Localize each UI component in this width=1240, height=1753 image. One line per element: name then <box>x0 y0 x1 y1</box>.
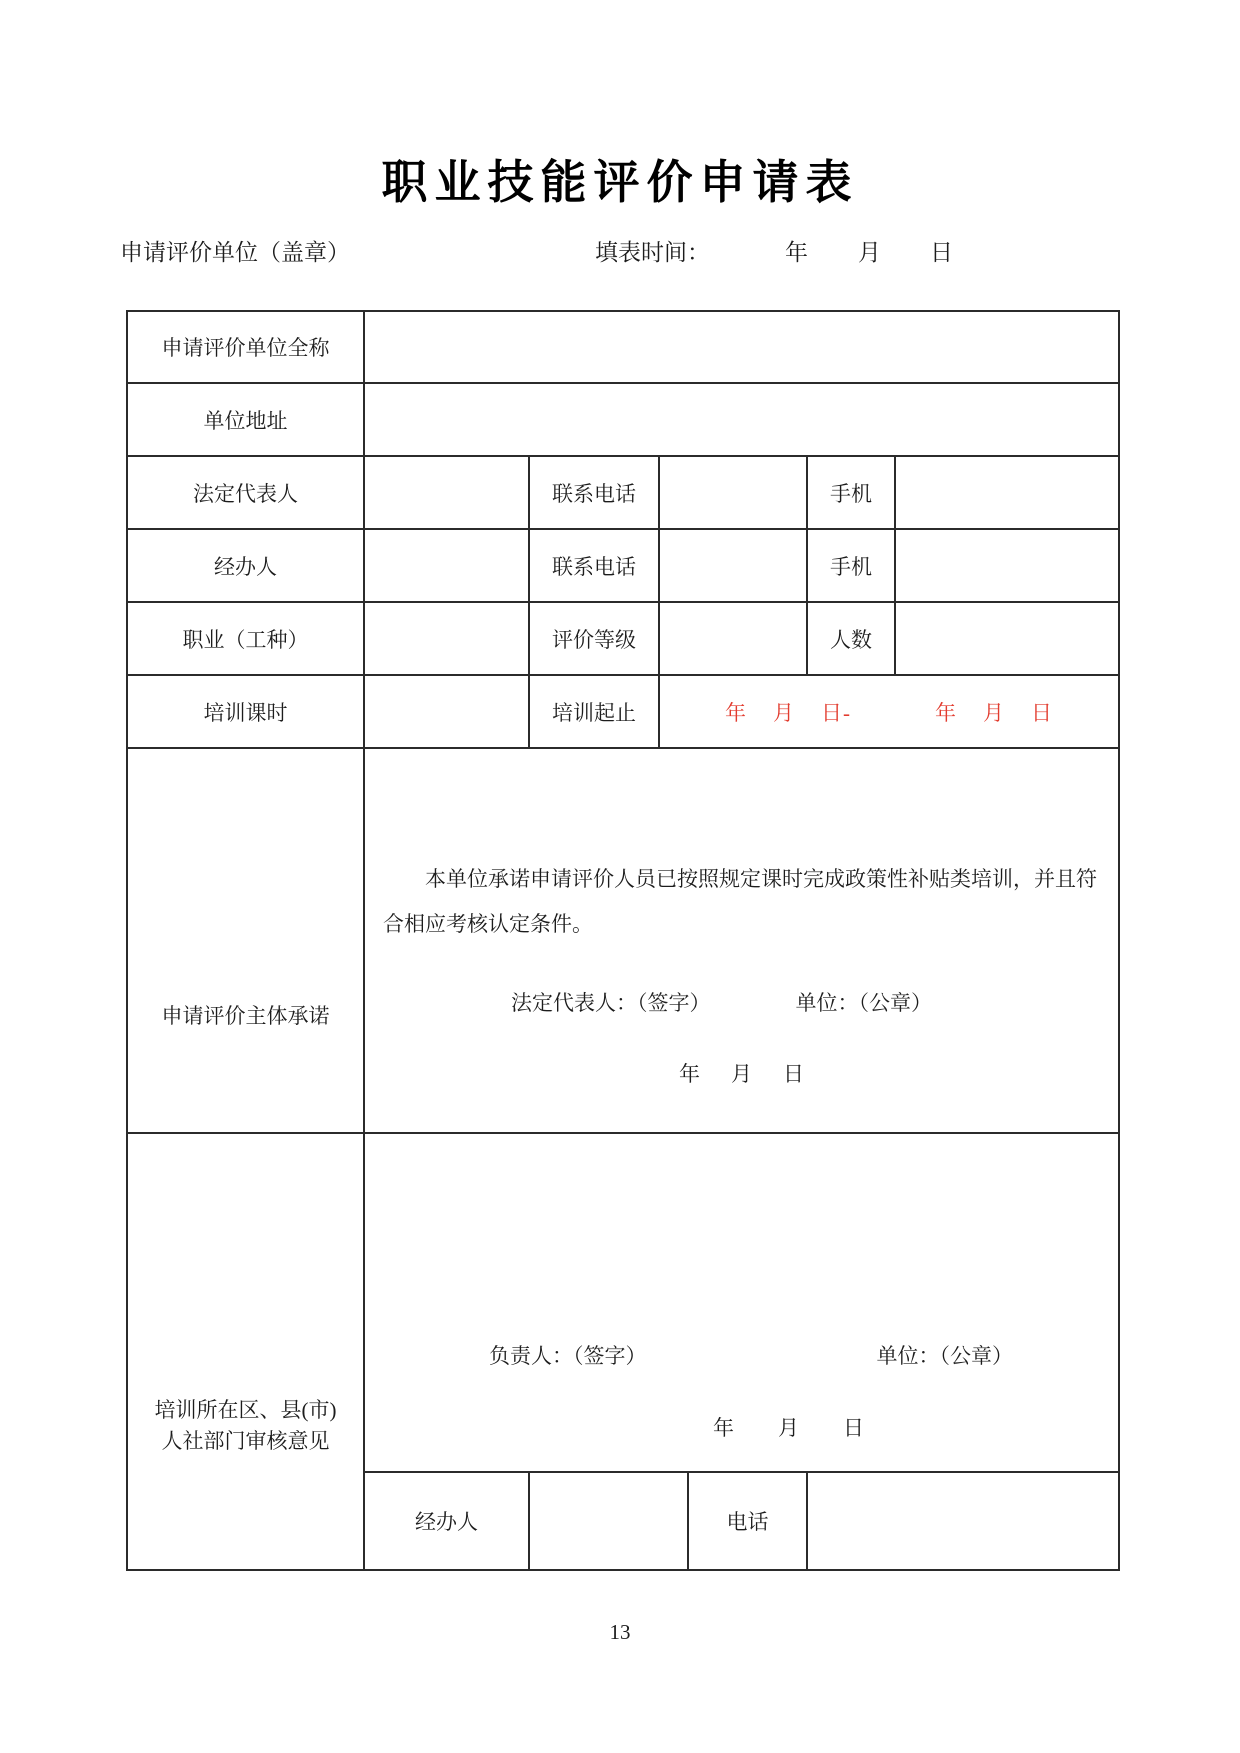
page-number: 13 <box>0 1620 1240 1645</box>
handler-mobile-label: 手机 <box>808 530 896 603</box>
fill-time-label: 填表时间： <box>595 234 710 267</box>
commitment-date-line: 年 月 日 <box>679 1058 804 1088</box>
commitment-signature-line: 法定代表人：（签字） 单位：（公章） <box>511 987 932 1017</box>
review-date-month: 月 <box>778 1412 799 1442</box>
period-start-month: 月 <box>773 697 795 727</box>
fill-time-month-label: 月 <box>858 234 881 267</box>
legal-rep-mobile-field <box>896 457 1118 530</box>
period-start-day: 日- <box>821 697 851 727</box>
page-title: 职业技能评价申请表 <box>0 146 1240 212</box>
eval-level-label: 评价等级 <box>530 603 660 676</box>
review-date-day: 日 <box>843 1412 864 1442</box>
review-handler-field <box>530 1473 689 1569</box>
review-date-line: 年 月 日 <box>713 1412 864 1442</box>
review-date-year: 年 <box>713 1412 734 1442</box>
legal-rep-phone-label: 联系电话 <box>530 457 660 530</box>
review-signature-line: 负责人：（签字） 单位：（公章） <box>489 1340 1013 1370</box>
review-phone-label: 电话 <box>689 1473 808 1569</box>
fill-time-day-label: 日 <box>930 234 953 267</box>
period-end-month: 月 <box>983 697 1005 727</box>
training-period-label: 培训起止 <box>530 676 660 749</box>
fill-time-year-label: 年 <box>785 234 808 267</box>
unit-full-name-label: 申请评价单位全称 <box>128 312 365 384</box>
applying-unit-seal-label: 申请评价单位（盖章） <box>120 234 350 267</box>
period-end-year: 年 <box>935 697 957 727</box>
commitment-date-day: 日 <box>783 1058 804 1088</box>
review-handler-label: 经办人 <box>365 1473 530 1569</box>
commitment-sign-right: 单位：（公章） <box>796 987 933 1017</box>
review-content-cell: 负责人：（签字） 单位：（公章） 年 月 日 <box>365 1134 1118 1473</box>
document-page: { "document": { "title": "职业技能评价申请表", "p… <box>0 0 1240 1753</box>
handler-phone-field <box>660 530 808 603</box>
application-form-table: 申请评价单位全称 单位地址 法定代表人 联系电话 手机 经办人 联系电话 手机 … <box>126 310 1120 1571</box>
legal-rep-mobile-label: 手机 <box>808 457 896 530</box>
legal-rep-phone-field <box>660 457 808 530</box>
commitment-content-cell: 本单位承诺申请评价人员已按照规定课时完成政策性补贴类培训，并且符合相应考核认定条… <box>365 749 1118 1134</box>
review-sign-right: 单位：（公章） <box>877 1340 1014 1370</box>
review-sign-left: 负责人：（签字） <box>489 1340 647 1370</box>
handler-field <box>365 530 530 603</box>
handler-mobile-field <box>896 530 1118 603</box>
commitment-sign-left: 法定代表人：（签字） <box>511 987 711 1017</box>
handler-label: 经办人 <box>128 530 365 603</box>
training-hours-field <box>365 676 530 749</box>
commitment-paragraph: 本单位承诺申请评价人员已按照规定课时完成政策性补贴类培训，并且符合相应考核认定条… <box>383 857 1100 947</box>
handler-phone-label: 联系电话 <box>530 530 660 603</box>
review-row-label: 培训所在区、县(市) 人社部门审核意见 <box>128 1134 365 1569</box>
eval-level-field <box>660 603 808 676</box>
header-line: 申请评价单位（盖章） 填表时间： 年 月 日 <box>0 234 1240 268</box>
unit-address-field <box>365 384 1118 457</box>
legal-rep-label: 法定代表人 <box>128 457 365 530</box>
occupation-label: 职业（工种） <box>128 603 365 676</box>
legal-rep-field <box>365 457 530 530</box>
headcount-field <box>896 603 1118 676</box>
headcount-label: 人数 <box>808 603 896 676</box>
occupation-field <box>365 603 530 676</box>
unit-full-name-field <box>365 312 1118 384</box>
commitment-date-year: 年 <box>679 1058 700 1088</box>
review-phone-field <box>808 1473 1118 1569</box>
period-start-year: 年 <box>725 697 747 727</box>
commitment-row-label: 申请评价主体承诺 <box>128 749 365 1134</box>
period-end-day: 日 <box>1031 697 1053 727</box>
training-hours-label: 培训课时 <box>128 676 365 749</box>
commitment-date-month: 月 <box>731 1058 752 1088</box>
training-period-field: 年 月 日- 年 月 日 <box>660 676 1118 749</box>
unit-address-label: 单位地址 <box>128 384 365 457</box>
